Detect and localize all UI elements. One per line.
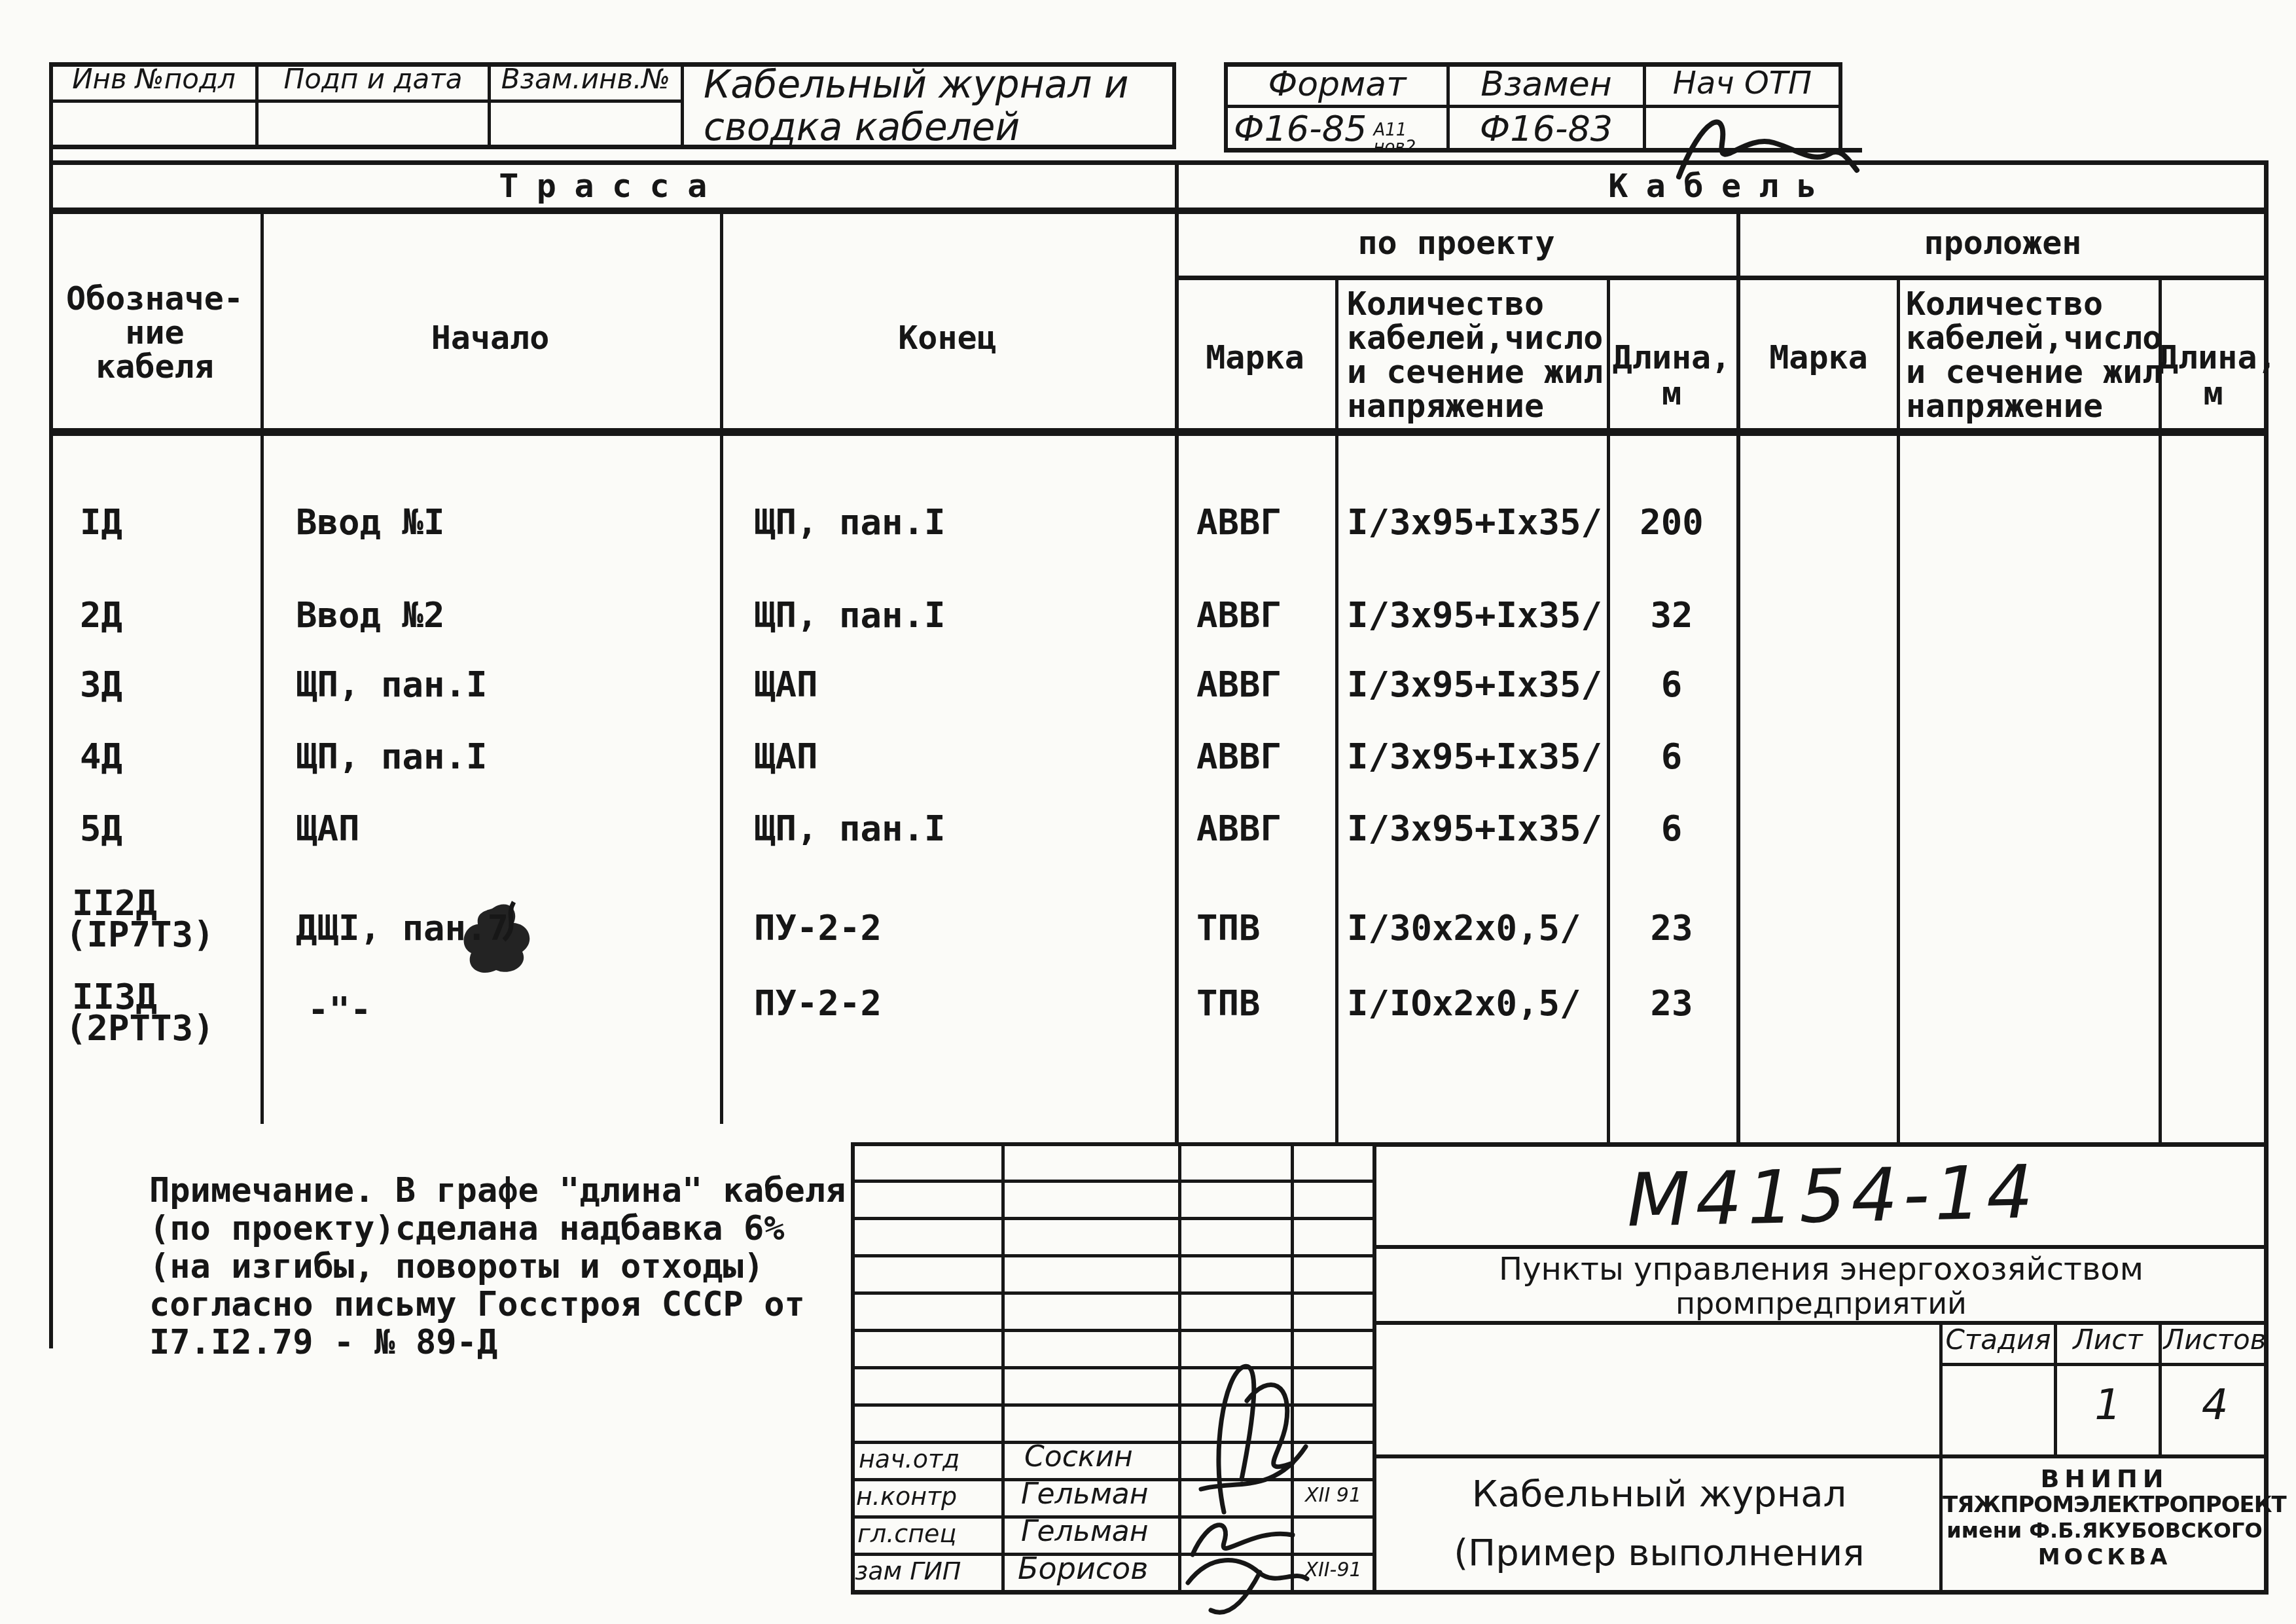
table-row-qty: I/3х95+Iх35/ [1347,810,1602,848]
format-column-label: Формат [1228,67,1446,101]
organization-line1: ВНИПИ [1943,1466,2267,1491]
scanned-cable-journal-sheet: Инв №подл Подп и дата Взам.инв.№ Кабельн… [0,0,2296,1624]
table-row-length: 23 [1607,910,1736,947]
table-row-start: Ввод №I [296,504,445,541]
stamp-name: Борисов [1018,1553,1148,1583]
document-title-line2: сводка кабелей [704,108,1020,146]
grid-line [1372,1245,2269,1249]
table-row-designation-note: (2РТТ3) [65,1010,215,1047]
table-row-start: ЩАП [296,810,360,848]
grid-line [851,1254,1376,1257]
grid-line [49,99,683,103]
drawing-title-line1: Кабельный журнал [1381,1476,1937,1513]
grid-line [851,1217,1376,1220]
drawing-title-line2: (Пример выполнения [1381,1535,1937,1572]
table-row-mark: ТПВ [1196,910,1261,947]
note-line: (по проекту)сделана надбавка 6% [149,1210,846,1248]
subject-line1: Пункты управления энергохозяйством [1381,1254,2261,1285]
strip-cell-podp-label: Подп и дата [259,65,488,93]
qty-line: и сечение жил [1906,355,2162,389]
table-row-start: ЩП, пан.I [296,738,488,776]
table-row-start: Ввод №2 [296,597,445,634]
organization-line2: ТЯЖПРОМЭЛЕКТРОПРОЕКТ [1943,1494,2267,1516]
qty-line: Количество [1906,287,2162,321]
col-header-end: Конец [720,321,1175,355]
sheet-column-label: Лист [2057,1326,2159,1354]
table-row-start: ЩП, пан.I [296,666,488,704]
table-row-end: ПУ-2-2 [754,910,882,947]
format-value-amendment: А11нов2 [1373,122,1416,156]
table-row-length: 200 [1607,504,1736,541]
table-row-end: ЩАП [754,738,818,776]
qty-line: кабелей,число [1347,321,1603,355]
col-header-qty-1: Количество кабелей,число и сечение жил н… [1347,287,1603,423]
col-header-length-1-l2: м [1607,376,1736,411]
table-row-mark: АВВГ [1196,810,1282,848]
table-row-end: ЩАП [754,666,818,704]
table-row-qty: I/3х95+Iх35/ [1347,666,1602,704]
grid-line [1372,1142,2269,1147]
grid-line [1175,276,2269,280]
grid-line [1939,1363,2269,1366]
table-row-qty: I/3х95+Iх35/ [1347,504,1602,541]
table-row-end: ПУ-2-2 [754,985,882,1022]
signature-icon [1181,1545,1312,1623]
table-row-qty: I/3х95+Iх35/ [1347,597,1602,634]
col-header-mark-1: Марка [1175,340,1335,375]
table-row-length: 6 [1607,666,1736,704]
stamp-name: Гельман [1021,1517,1149,1546]
table-row-length: 6 [1607,810,1736,848]
format-value: Ф16-85А11нов2 [1234,111,1416,161]
table-row-designation: 5Д [80,810,122,848]
table-row-mark: АВВГ [1196,666,1282,704]
table-row-designation: 4Д [80,738,122,776]
stamp-role-label: гл.спец [857,1521,956,1546]
grid-line [1335,276,1338,1142]
subject-line2: промпредприятий [1381,1288,2261,1318]
stamp-name: Соскин [1024,1443,1133,1471]
qty-line: напряжение [1347,389,1603,423]
organization-line3: имени Ф.Б.ЯКУБОВСКОГО [1943,1520,2267,1541]
sheet-frame-bottom [851,1590,2269,1595]
table-row-end: ЩП, пан.I [754,810,946,848]
stamp-role-label: н.контр [856,1484,957,1509]
format-value-main: Ф16-85 [1234,108,1367,149]
table-row-qty: I/3х95+Iх35/ [1347,738,1602,776]
subgroup-header-prolozhen: проложен [1738,226,2268,261]
table-row-designation-note: (IР7Т3) [65,916,215,954]
grid-line [1372,1454,2269,1458]
col-header-qty-2: Количество кабелей,число и сечение жил н… [1906,287,2162,423]
table-row-mark: АВВГ [1196,504,1282,541]
replaced-value: Ф16-83 [1450,111,1643,147]
qty-line: напряжение [1906,389,2162,423]
strip-cell-vzam-label: Взам.инв.№ [491,65,681,93]
stamp-name: Гельман [1021,1480,1149,1509]
format-sub: нов2 [1373,139,1416,156]
table-row-mark: АВВГ [1196,738,1282,776]
note-line: (на изгибы, повороты и отходы) [149,1248,846,1286]
table-row-designation: IД [80,504,122,541]
subgroup-header-po-proektu: по проекту [1175,226,1738,261]
table-row-mark: ТПВ [1196,985,1261,1022]
grid-line [1172,62,1176,149]
group-header-trassa: Трасса [49,169,1175,204]
sheets-column-label: Листов [2162,1326,2268,1354]
qty-line: и сечение жил [1347,355,1603,389]
document-number: М4154-14 [1472,1152,2193,1240]
col-header-length-2-l2: м [2159,376,2268,411]
table-row-length: 6 [1607,738,1736,776]
col-header-start: Начало [260,321,720,355]
format-sup: А11 [1373,122,1416,139]
qty-line: кабелей,число [1906,321,2162,355]
sheets-value: 4 [2162,1384,2268,1426]
table-row-end: ЩП, пан.I [754,504,946,541]
strip-cell-inv-label: Инв №подл [52,65,255,93]
sheet-frame-left [49,62,53,1348]
grid-line [851,1329,1376,1332]
grid-line [851,1142,1376,1146]
sheet-value: 1 [2057,1384,2159,1426]
stage-column-label: Стадия [1943,1326,2054,1354]
note-line: Примечание. В графе "длина" кабеля [149,1172,846,1210]
organization-line4: МОСКВА [1943,1546,2267,1568]
grid-line [49,208,2269,214]
table-row-length: 23 [1607,985,1736,1022]
stamp-role-label: нач.отд [859,1447,960,1471]
stamp-role-label: зам ГИП [855,1559,961,1583]
table-row-start: -"- [308,992,372,1029]
grid-line [1175,160,1179,1142]
replaced-column-label: Взамен [1450,67,1643,101]
grid-line [851,1180,1376,1183]
col-header-designation-l1: Обозначе- [49,281,260,316]
col-header-length-1-l1: Длина, [1607,340,1736,375]
otp-head-column-label: Нач ОТП [1646,67,1839,99]
table-row-qty: I/30х2х0,5/ [1347,910,1581,947]
table-row-end: ЩП, пан.I [754,597,946,634]
table-row-qty: I/IOх2х0,5/ [1347,985,1581,1022]
grid-line [49,160,2269,165]
col-header-length-2-l1: Длина, [2159,340,2268,375]
col-header-mark-2: Марка [1740,340,1897,375]
grid-line [851,1291,1376,1295]
note-line: I7.I2.79 - № 89-Д [149,1324,846,1362]
table-row-designation: 3Д [80,666,122,704]
note-block: Примечание. В графе "длина" кабеля (по п… [149,1172,846,1362]
group-header-kabel: Кабель [1175,169,2268,204]
grid-line [1897,276,1900,1142]
col-header-designation-l2: ние [49,316,260,350]
grid-line [49,428,2269,436]
document-title-line1: Кабельный журнал и [704,65,1128,103]
table-row-mark: АВВГ [1196,597,1282,634]
qty-line: Количество [1347,287,1603,321]
grid-line [681,62,684,147]
note-line: согласно письму Госстроя СССР от [149,1286,846,1324]
ink-blot-icon [452,897,556,982]
table-row-length: 32 [1607,597,1736,634]
table-row-designation: 2Д [80,597,122,634]
col-header-designation-l3: кабеля [49,350,260,384]
